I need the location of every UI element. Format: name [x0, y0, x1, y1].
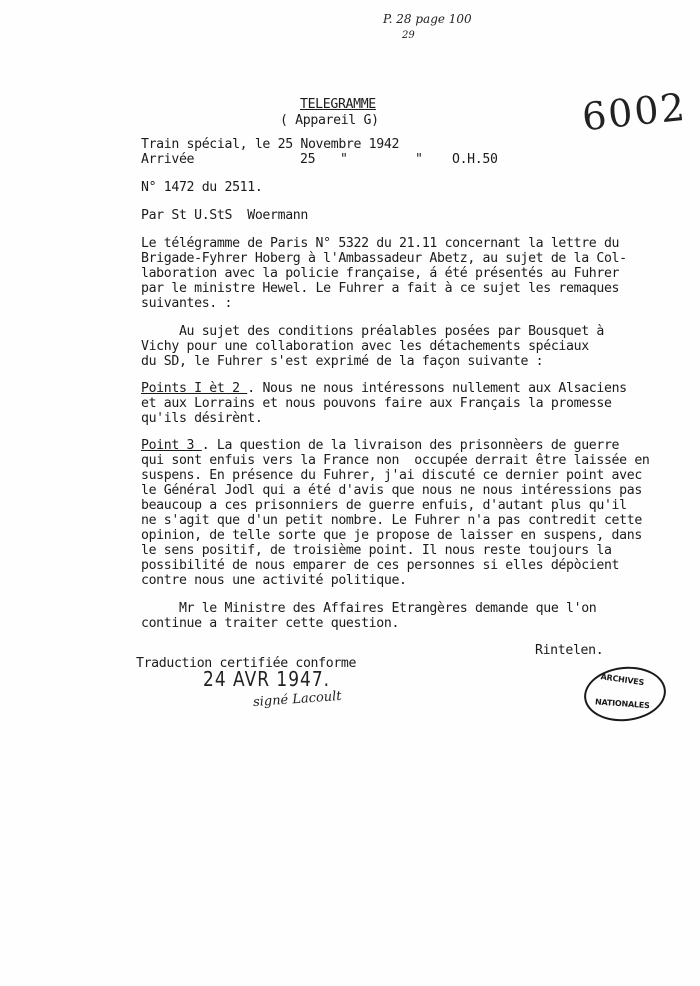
text-line: Mr le Ministre des Affaires Etrangères d… — [141, 601, 596, 616]
text-line: ne s'agit que d'un petit nombre. Le Fuhr… — [141, 513, 642, 528]
handwritten-document-number: 6002 — [580, 85, 689, 140]
certification-date-stamp: 24 AVR 1947. — [203, 668, 330, 692]
text-line: laboration avec la policie française, á … — [141, 266, 619, 281]
arrival-ditto-year: " — [415, 152, 423, 167]
stamp-top-text: ARCHIVES — [600, 672, 645, 687]
arrival-time: O.H.50 — [452, 152, 498, 167]
arrival-ditto-month: " — [340, 152, 348, 167]
text-line: suspens. En présence du Fuhrer, j'ai dis… — [141, 468, 642, 483]
points-1-2-label: Points I èt 2 — [141, 381, 247, 396]
routing-line: Par St U.StS Woermann — [141, 208, 308, 223]
sender-signature: Rintelen. — [535, 643, 603, 658]
text-fragment: . La question de la livraison des prison… — [202, 438, 619, 453]
text-line: suivantes. : — [141, 296, 232, 311]
document-number: 6002 — [580, 85, 689, 140]
dispatch-line: Train spécial, le 25 Novembre 1942 — [141, 137, 399, 152]
text-line: continue a traiter cette question. — [141, 616, 399, 631]
corrected-page-number: 29 — [402, 30, 415, 41]
document-subtitle: ( Appareil G) — [280, 113, 379, 128]
text-line: Vichy pour une collaboration avec les dé… — [141, 339, 589, 354]
text-line: du SD, le Fuhrer s'est exprimé de la faç… — [141, 354, 543, 369]
handwritten-page-correction: 29 — [402, 30, 415, 41]
archives-nationales-stamp: ARCHIVES NATIONALES — [581, 663, 668, 725]
text-line: le sens positif, de troisième point. Il … — [141, 543, 612, 558]
text-line: par le ministre Hewel. Le Fuhrer a fait … — [141, 281, 619, 296]
text-line: Point 3 . La question de la livraison de… — [141, 438, 619, 453]
text-line: qu'ils désirènt. — [141, 411, 262, 426]
telegram-number: N° 1472 du 2511. — [141, 180, 262, 195]
document-title: TELEGRAMME — [300, 97, 376, 112]
point-3-label: Point 3 — [141, 438, 202, 453]
document-page: P. 28 page 100 29 6002 TELEGRAMME ( Appa… — [0, 0, 700, 986]
text-line: contre nous une activité politique. — [141, 573, 407, 588]
page-reference-note: P. 28 page 100 — [383, 12, 472, 26]
text-line: beaucoup a ces prisonniers de guerre enf… — [141, 498, 627, 513]
handwritten-page-note: P. 28 page 100 — [383, 12, 472, 26]
text-line: Points I èt 2 . Nous ne nous intéressons… — [141, 381, 627, 396]
text-line: et aux Lorrains et nous pouvons faire au… — [141, 396, 612, 411]
text-line: Brigade-Fyhrer Hoberg à l'Ambassadeur Ab… — [141, 251, 627, 266]
stamp-bottom-text: NATIONALES — [595, 697, 650, 710]
text-line: qui sont enfuis vers la France non occup… — [141, 453, 650, 468]
text-line: le Général Jodl qui a été d'avis que nou… — [141, 483, 642, 498]
text-line: Le télégramme de Paris N° 5322 du 21.11 … — [141, 236, 619, 251]
arrival-label: Arrivée — [141, 152, 194, 167]
handwritten-signature: signé Lacoult — [253, 689, 342, 710]
text-line: Au sujet des conditions préalables posée… — [141, 324, 604, 339]
arrival-day: 25 — [300, 152, 315, 167]
text-fragment: . Nous ne nous intéressons nullement aux… — [247, 381, 626, 396]
text-line: possibilité de nous emparer de ces perso… — [141, 558, 619, 573]
text-line: opinion, de telle sorte que je propose d… — [141, 528, 642, 543]
